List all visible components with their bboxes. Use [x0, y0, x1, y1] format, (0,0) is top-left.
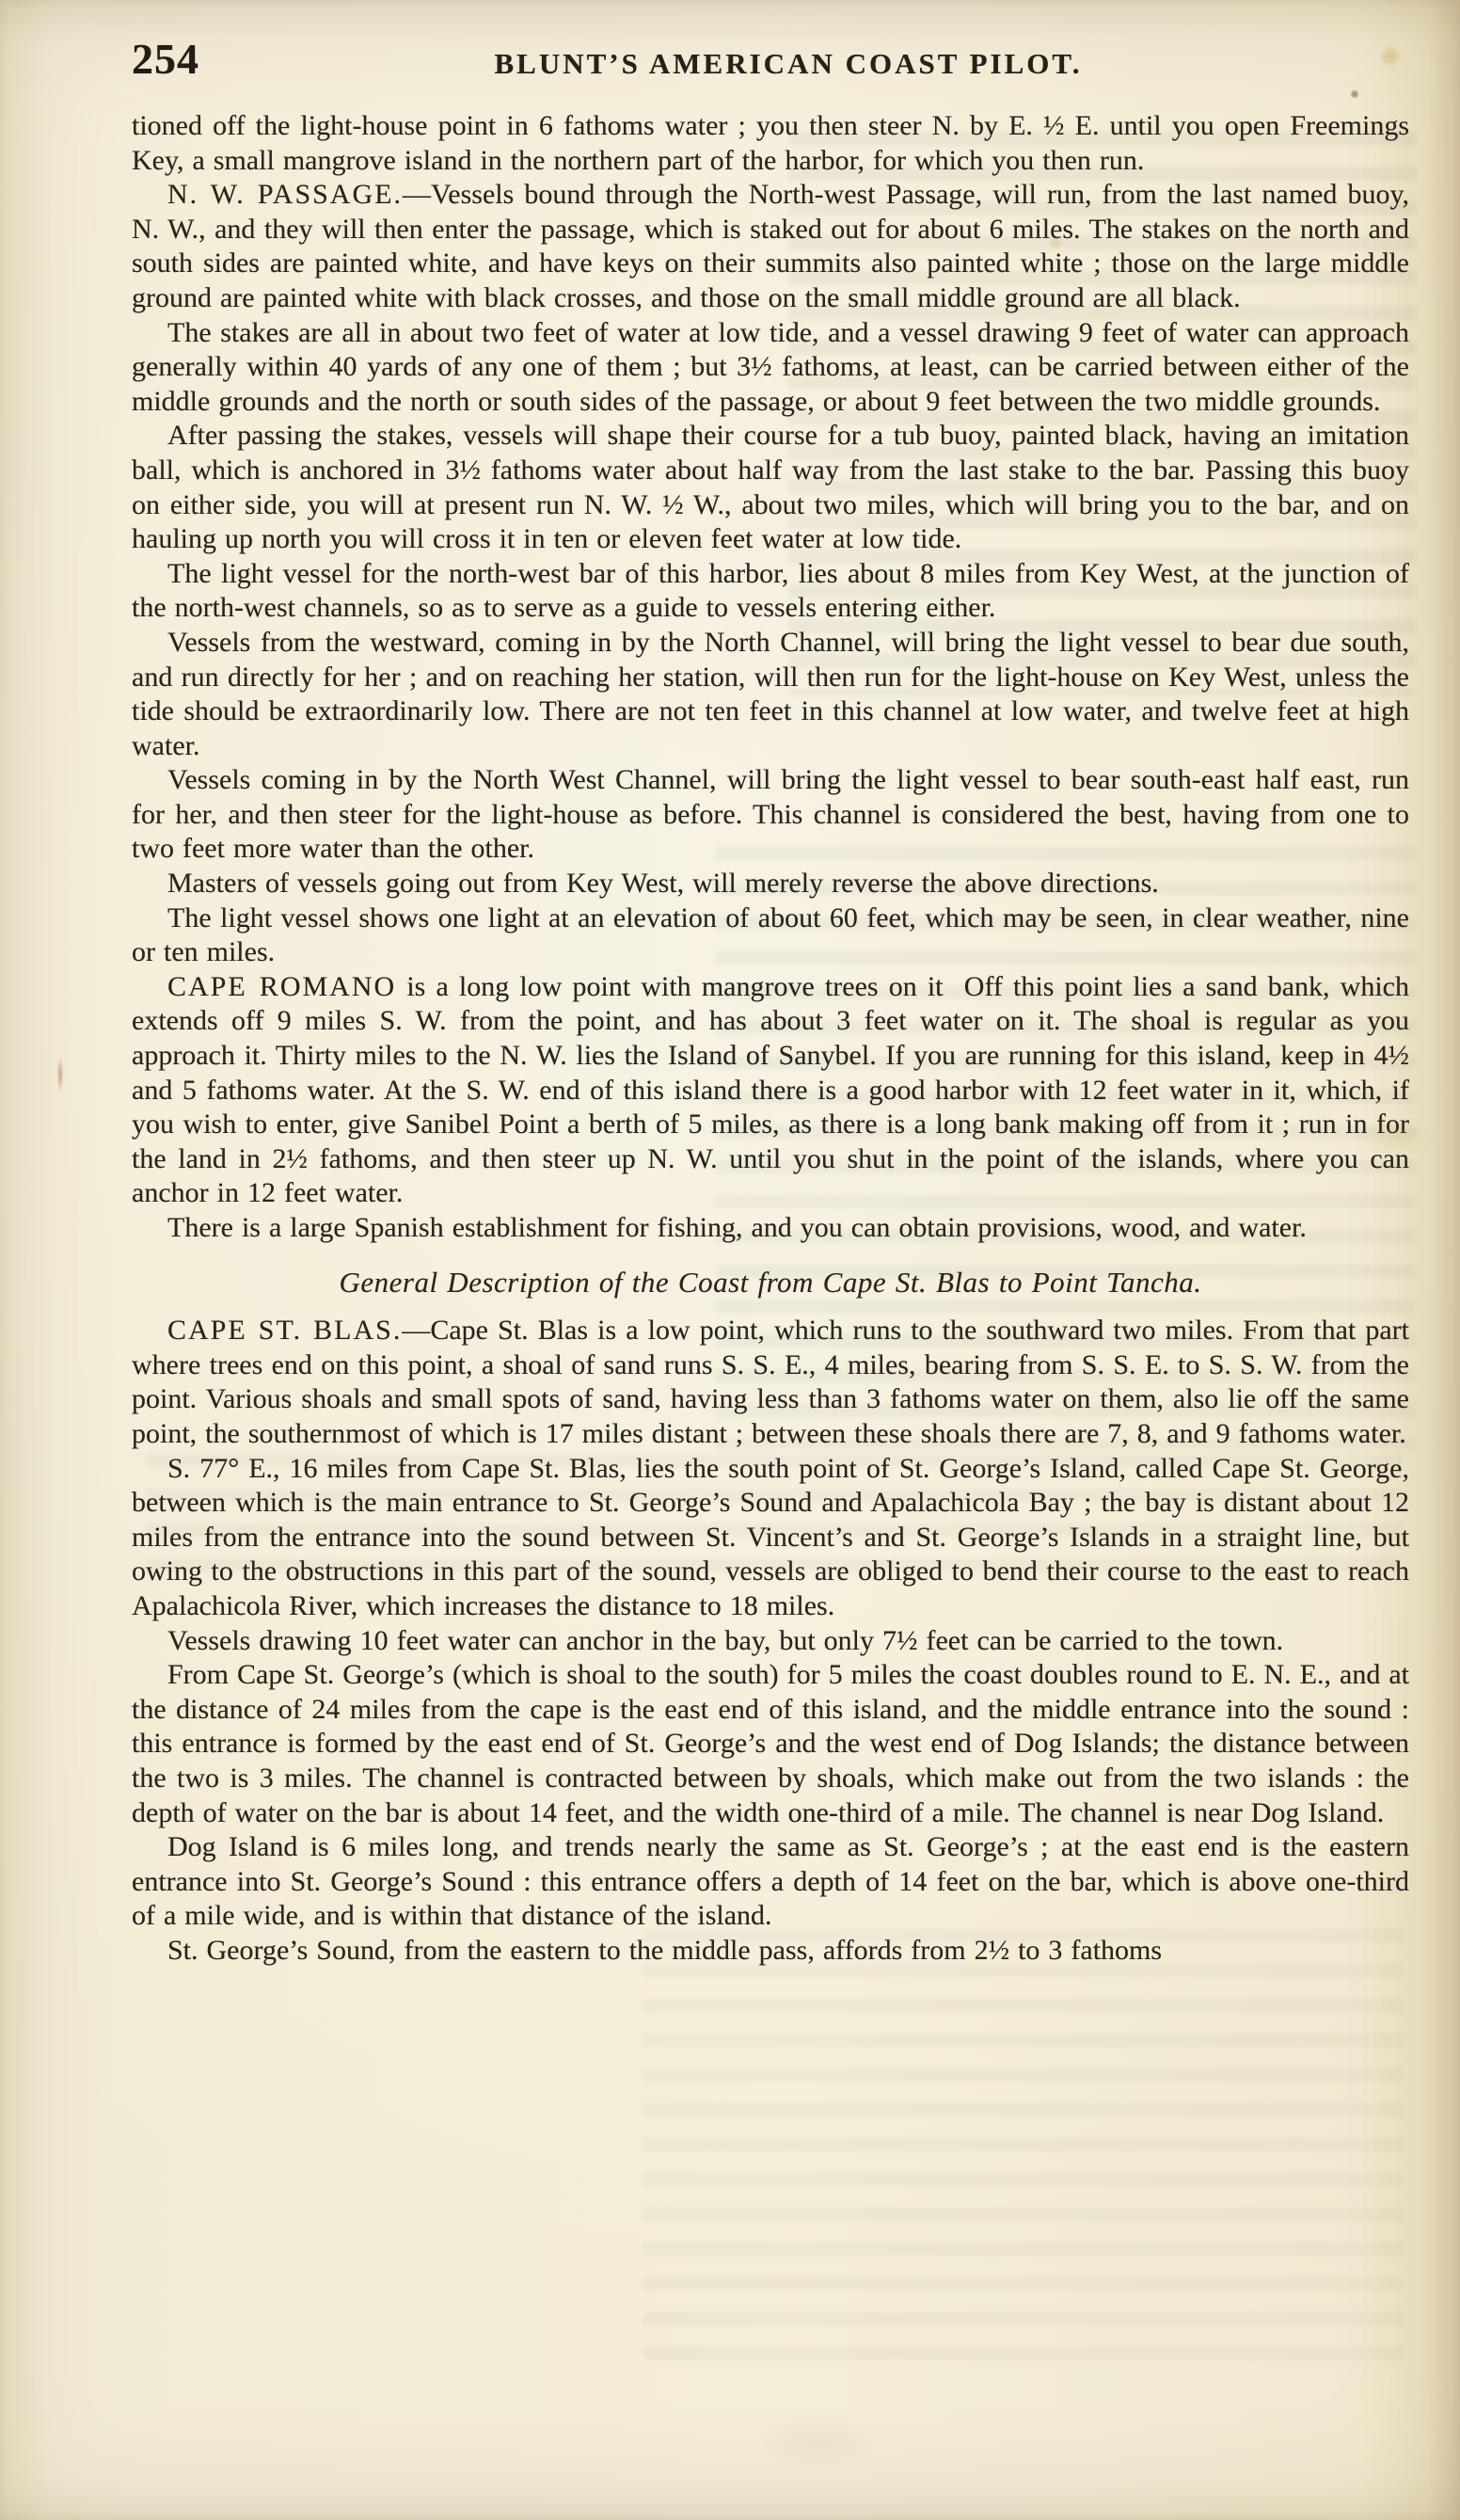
paragraph: Vessels coming in by the North West Chan…	[132, 763, 1409, 867]
page-header: 254 BLUNT’S AMERICAN COAST PILOT.	[132, 0, 1407, 104]
paragraph: CAPE ROMANO is a long low point with man…	[132, 970, 1409, 1211]
paragraph: The stakes are all in about two feet of …	[132, 316, 1409, 420]
paragraph: St. George’s Sound, from the eastern to …	[132, 1934, 1409, 1969]
paragraph: There is a large Spanish establishment f…	[132, 1211, 1409, 1246]
page-number: 254	[132, 34, 199, 84]
paragraph: S. 77° E., 16 miles from Cape St. Blas, …	[132, 1452, 1409, 1624]
show-through-texture	[643, 1929, 1402, 2381]
running-title: BLUNT’S AMERICAN COAST PILOT.	[405, 47, 1172, 81]
section-heading: General Description of the Coast from Ca…	[132, 1266, 1409, 1300]
paragraph: Vessels from the westward, coming in by …	[132, 626, 1409, 763]
paragraph-lead: CAPE ROMANO	[167, 971, 396, 1002]
paragraph: Vessels drawing 10 feet water can anchor…	[132, 1624, 1409, 1659]
paragraph: N. W. PASSAGE.—Vessels bound through the…	[132, 178, 1409, 315]
book-page: 254 BLUNT’S AMERICAN COAST PILOT. tioned…	[0, 0, 1460, 2520]
paragraph-lead: N. W. PASSAGE.	[167, 179, 403, 210]
paragraph: CAPE ST. BLAS.—Cape St. Blas is a low po…	[132, 1314, 1409, 1451]
paragraph: tioned off the light-house point in 6 fa…	[132, 109, 1409, 178]
paragraph: Dog Island is 6 miles long, and trends n…	[132, 1830, 1409, 1934]
body-text: tioned off the light-house point in 6 fa…	[132, 109, 1409, 1968]
paragraph: Masters of vessels going out from Key We…	[132, 867, 1409, 901]
paragraph-lead: CAPE ST. BLAS.	[167, 1315, 402, 1346]
paragraph: The light vessel shows one light at an e…	[132, 901, 1409, 970]
paragraph: From Cape St. George’s (which is shoal t…	[132, 1658, 1409, 1830]
paragraph: After passing the stakes, vessels will s…	[132, 419, 1409, 556]
paragraph: The light vessel for the north-west bar …	[132, 557, 1409, 626]
